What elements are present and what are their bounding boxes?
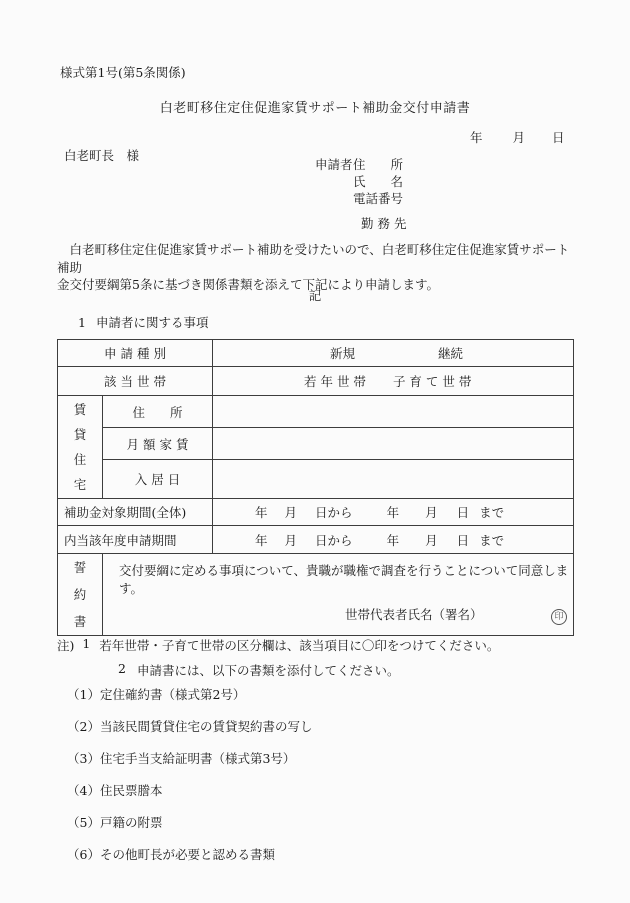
applicant-workplace-row: 勤 務 先 <box>315 207 406 232</box>
period-until: まで <box>479 531 504 549</box>
move-in-date-value-cell <box>213 460 574 499</box>
applicant-info-table: 申 請 種 別 新規 継続 該 当 世 帯 若 年 世 帯 子 育 て 世 帯 <box>57 339 574 636</box>
period-day-to: 日 <box>457 503 470 521</box>
application-type-label: 申 請 種 別 <box>58 340 213 367</box>
period-year-to: 年 <box>387 531 400 549</box>
oath-signature-label: 世帯代表者氏名（署名） <box>345 605 483 623</box>
oath-statement: 交付要綱に定める事項について、貴職が職権で調査を行うことについて同意します。 <box>103 554 573 597</box>
applicant-label: 申請者 <box>315 156 353 173</box>
date-month-label: 月 <box>513 130 526 145</box>
note1-text: 若年世帯・子育て世帯の区分欄は、該当項目に〇印をつけてください。 <box>99 636 499 654</box>
note2-number: 2 <box>118 661 126 679</box>
applicant-address-row: 申請者 住 所 <box>315 156 406 173</box>
period-month-to: 月 <box>425 531 438 549</box>
applicant-block: 申請者 住 所 氏 名 電話番号 勤 務 先 <box>315 156 406 232</box>
row-application-type: 申 請 種 別 新規 継続 <box>58 340 574 367</box>
period-year-from: 年 <box>255 503 268 521</box>
current-year-period-label: 内当該年度申請期間 <box>58 526 213 554</box>
household-type-value-cell: 若 年 世 帯 子 育 て 世 帯 <box>213 367 574 396</box>
row-rental-address: 賃貸住宅 住 所 <box>58 396 574 428</box>
applicant-name-row: 氏 名 <box>315 173 406 190</box>
period-month-from: 月 <box>285 503 298 521</box>
subsidy-period-overall-label: 補助金対象期間(全体) <box>58 499 213 526</box>
applicant-address-label: 住 所 <box>353 156 403 173</box>
attachment-item-1: （1）定住確約書（様式第2号） <box>67 685 312 703</box>
period-day-from: 日から <box>315 531 353 549</box>
row-subsidy-period-overall: 補助金対象期間(全体) 年 月 日から 年 月 日 まで <box>58 499 574 526</box>
move-in-date-label: 入 居 日 <box>103 460 213 499</box>
subsidy-period-overall-value-cell: 年 月 日から 年 月 日 まで <box>213 499 574 526</box>
form-number: 様式第1号(第5条関係) <box>60 63 186 81</box>
monthly-rent-label: 月 額 家 賃 <box>103 428 213 460</box>
attachment-item-2: （2）当該民間賃貸住宅の賃貸契約書の写し <box>67 717 312 735</box>
option-young-household: 若 年 世 帯 <box>304 372 366 390</box>
attachment-item-4: （4）住民票謄本 <box>67 781 312 799</box>
option-new: 新規 <box>330 344 355 362</box>
applicant-name-label: 氏 名 <box>353 173 403 190</box>
date-year-label: 年 <box>470 130 483 145</box>
household-type-label: 該 当 世 帯 <box>58 367 213 396</box>
current-year-period-value-cell: 年 月 日から 年 月 日 まで <box>213 526 574 554</box>
attachment-item-5: （5）戸籍の附票 <box>67 813 312 831</box>
row-oath: 誓約書 交付要綱に定める事項について、貴職が職権で調査を行うことについて同意しま… <box>58 554 574 636</box>
record-mark: 記 <box>0 286 630 304</box>
note-line-1: 注) 1 若年世帯・子育て世帯の区分欄は、該当項目に〇印をつけてください。 <box>57 636 499 654</box>
attachment-item-6: （6）その他町長が必要と認める書類 <box>67 845 312 863</box>
period-until: まで <box>479 503 504 521</box>
rental-housing-group-label: 賃貸住宅 <box>58 396 103 499</box>
rental-address-label: 住 所 <box>103 396 213 428</box>
row-current-year-period: 内当該年度申請期間 年 月 日から 年 月 日 まで <box>58 526 574 554</box>
application-form-page: 様式第1号(第5条関係) 白老町移住定住促進家賃サポート補助金交付申請書 年月日… <box>0 0 630 903</box>
page-title: 白老町移住定住促進家賃サポート補助金交付申請書 <box>0 97 630 116</box>
applicant-phone-label: 電話番号 <box>353 190 403 207</box>
option-continue: 継続 <box>438 344 463 362</box>
application-type-value-cell: 新規 継続 <box>213 340 574 367</box>
option-childrearing-household: 子 育 て 世 帯 <box>393 372 471 390</box>
row-move-in-date: 入 居 日 <box>58 460 574 499</box>
monthly-rent-value-cell <box>213 428 574 460</box>
period-day-to: 日 <box>457 531 470 549</box>
attachment-list: （1）定住確約書（様式第2号） （2）当該民間賃貸住宅の賃貸契約書の写し （3）… <box>67 685 312 877</box>
note1-number: 1 <box>82 636 90 654</box>
row-household-type: 該 当 世 帯 若 年 世 帯 子 育 て 世 帯 <box>58 367 574 396</box>
period-month-from: 月 <box>285 531 298 549</box>
section1-heading: 1申請者に関する事項 <box>78 313 208 331</box>
date-day-label: 日 <box>552 130 565 145</box>
rental-address-value-cell <box>213 396 574 428</box>
row-monthly-rent: 月 額 家 賃 <box>58 428 574 460</box>
applicant-workplace-label: 勤 務 先 <box>361 215 406 232</box>
note2-text: 申請書には、以下の書類を添付してください。 <box>137 661 400 679</box>
attachment-item-3: （3）住宅手当支給証明書（様式第3号） <box>67 749 312 767</box>
period-year-from: 年 <box>255 531 268 549</box>
note-line-2: 2 申請書には、以下の書類を添付してください。 <box>118 661 399 679</box>
seal-mark-icon: 印 <box>551 609 567 625</box>
period-day-from: 日から <box>315 503 353 521</box>
date-line: 年月日 <box>470 128 565 146</box>
period-year-to: 年 <box>387 503 400 521</box>
oath-content-cell: 交付要綱に定める事項について、貴職が職権で調査を行うことについて同意します。 世… <box>103 554 574 636</box>
note-label: 注) <box>57 636 74 654</box>
applicant-phone-row: 電話番号 <box>315 190 406 207</box>
section1-number: 1 <box>78 315 86 330</box>
body-line-1: 白老町移住定住促進家賃サポート補助を受けたいので、白老町移住定住促進家賃サポート… <box>57 241 577 276</box>
period-month-to: 月 <box>425 503 438 521</box>
section1-title: 申請者に関する事項 <box>96 315 209 330</box>
addressee: 白老町長 様 <box>64 146 139 164</box>
oath-group-label: 誓約書 <box>58 554 103 636</box>
